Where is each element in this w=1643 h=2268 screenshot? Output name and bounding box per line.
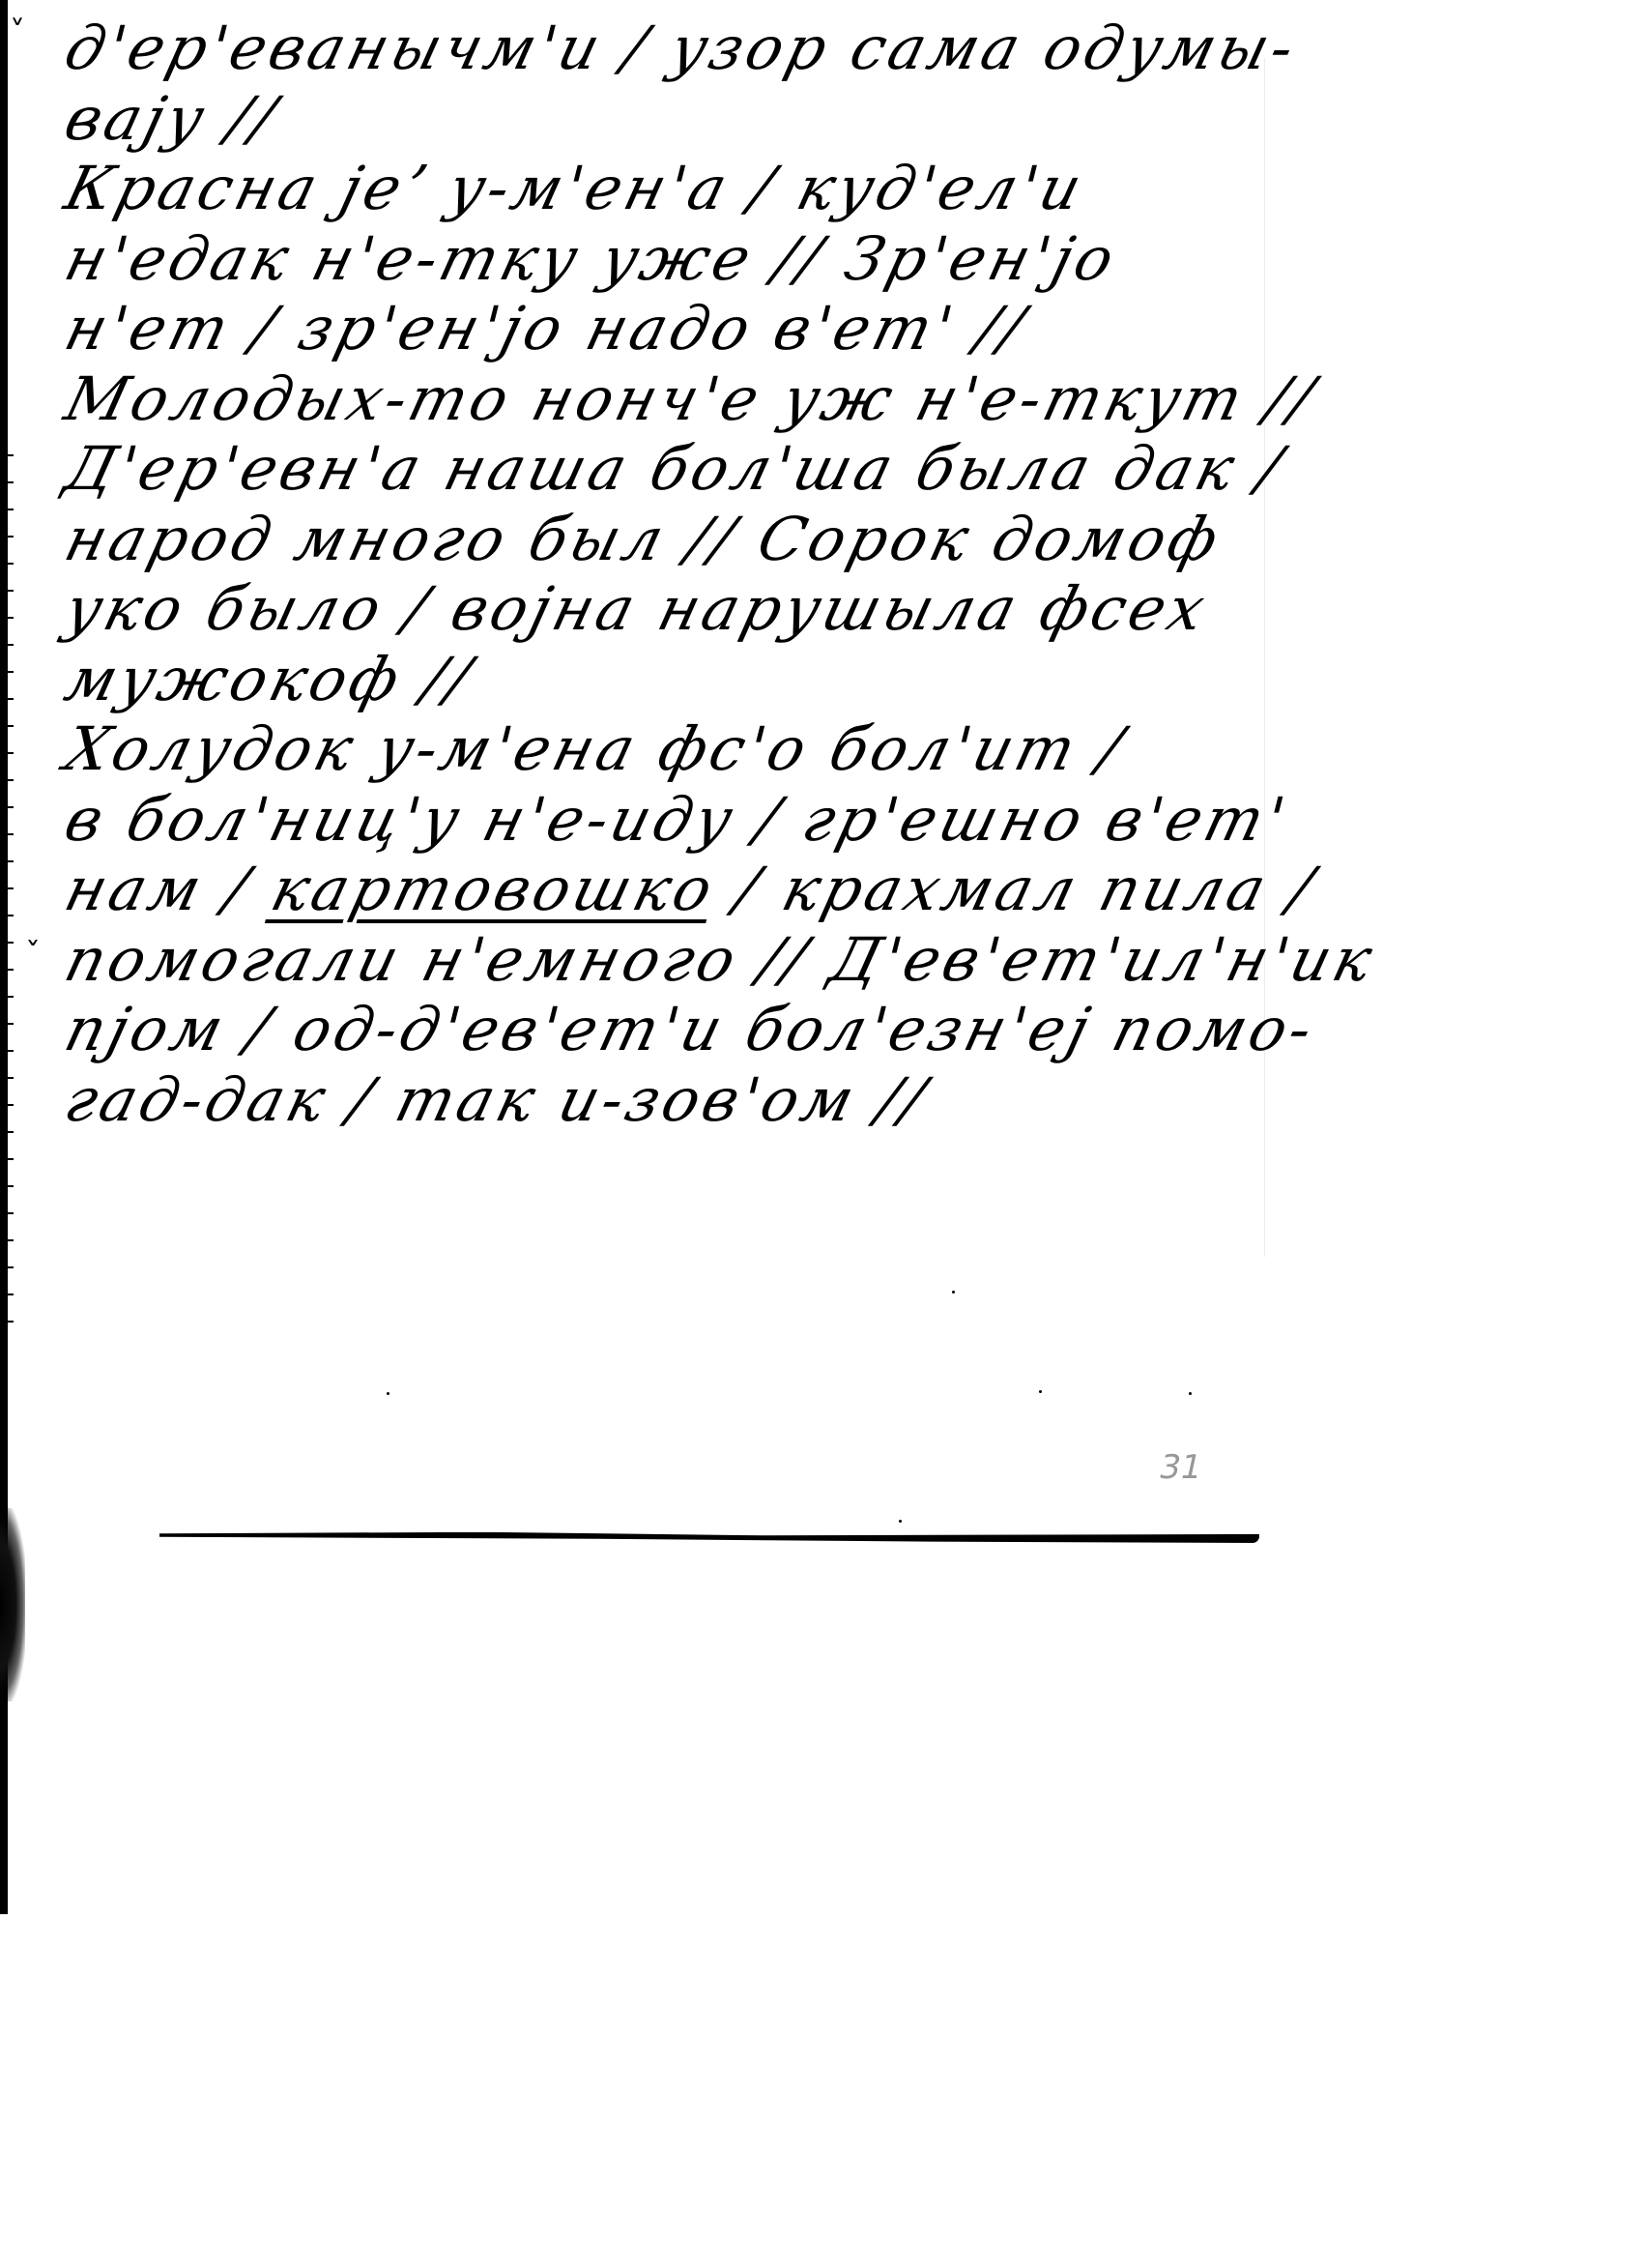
- underlined-word: картовошко: [265, 854, 723, 924]
- text-line: в бол'ниц'у н'е-иду / гр'ешно в'ет': [58, 785, 1293, 856]
- text-line-with-underline: нам / картовошко / крахмал пила /: [58, 855, 1293, 925]
- line-prefix: нам /: [58, 854, 282, 924]
- margin-checkmark: ˇ: [25, 936, 41, 973]
- text-line: вају //: [58, 84, 1293, 155]
- text-line: помогали н'емного // Д'ев'ет'ил'н'ик: [58, 925, 1293, 996]
- scan-smudge: [0, 1508, 25, 1701]
- text-line: Холудок у-м'ена фс'о бол'ит /: [58, 714, 1293, 785]
- scanned-page: ˅ ˇ д'ер'еванычм'и / узор сама одумы- ва…: [0, 0, 1643, 2268]
- text-line: Молодых-то нонч'е уж н'е-ткут //: [58, 364, 1293, 435]
- margin-checkmark: ˅: [10, 14, 25, 50]
- text-line: Красна јеʼ у-м'ен'а / куд'ел'и: [58, 154, 1293, 224]
- line-suffix: / крахмал пила /: [706, 854, 1324, 924]
- text-line: д'ер'еванычм'и / узор сама одумы-: [58, 14, 1293, 84]
- text-line: гад-дак / так и-зов'ом //: [58, 1065, 1293, 1136]
- text-line: н'ет / зр'ен'јо надо в'ет' //: [58, 294, 1293, 364]
- handwritten-text-block: д'ер'еванычм'и / узор сама одумы- вају /…: [58, 14, 1276, 1135]
- page-number: 31: [1156, 1448, 1206, 1487]
- text-line: уко было / војна нарушыла фсех: [58, 574, 1293, 645]
- bottom-rule-line: [159, 1529, 1259, 1543]
- scan-speck: [387, 1392, 389, 1395]
- text-line: пјом / од-д'ев'ет'и бол'езн'еј помо-: [58, 995, 1293, 1065]
- scan-speck: [899, 1520, 902, 1523]
- scan-speck: [952, 1291, 955, 1294]
- scan-speck: [1039, 1390, 1042, 1393]
- text-line: Д'ер'евн'а наша бол'ша была дак /: [58, 434, 1293, 505]
- text-line: мужокоф //: [58, 645, 1293, 715]
- scan-speck: [1189, 1392, 1192, 1395]
- text-line: народ много был // Сорок домоф: [58, 505, 1293, 575]
- margin-tick-marks: [6, 454, 14, 1324]
- text-line: н'едак н'е-тку уже // Зр'ен'јо: [58, 224, 1293, 295]
